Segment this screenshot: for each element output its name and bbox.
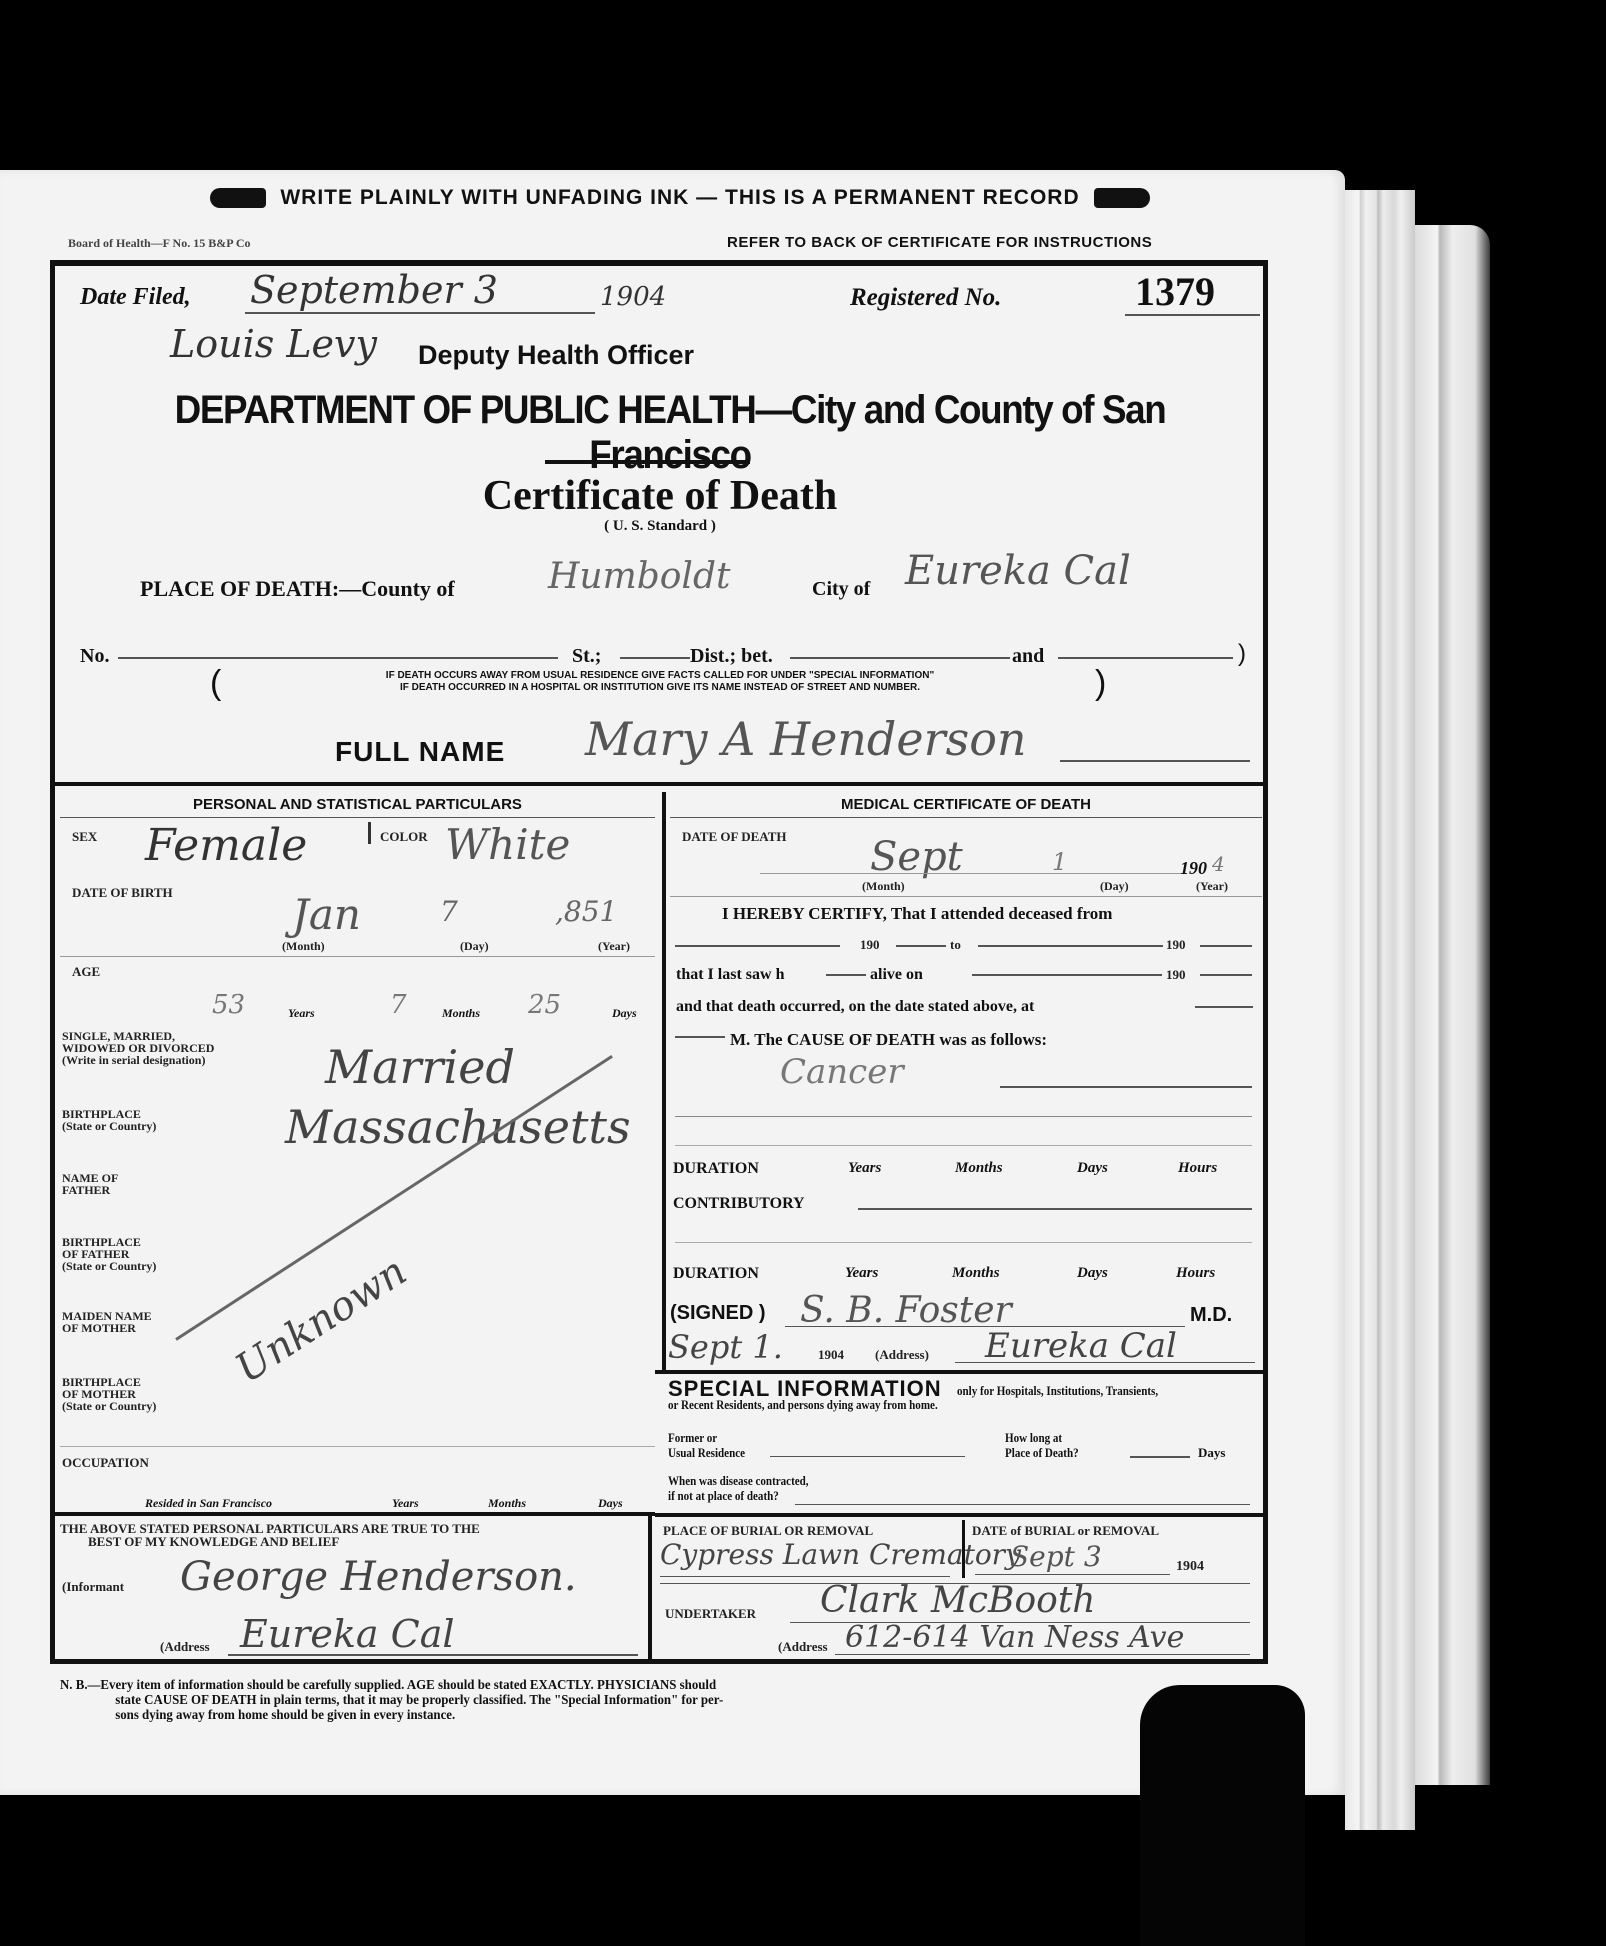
personal-section-title: PERSONAL AND STATISTICAL PARTICULARS bbox=[60, 796, 655, 813]
former-residence-label-1: Former or bbox=[668, 1430, 745, 1445]
contracted-label-1: When was disease contracted, bbox=[668, 1473, 809, 1488]
undertaker-address: 612-614 Van Ness Ave bbox=[845, 1620, 1184, 1655]
date-filed-value: September 3 bbox=[250, 268, 498, 312]
cause-of-death-value: Cancer bbox=[780, 1052, 904, 1092]
duration-hours: Hours bbox=[1178, 1160, 1217, 1177]
sex-label: SEX bbox=[72, 830, 97, 843]
dob-month: Jan bbox=[292, 890, 361, 939]
thumb-shadow bbox=[1140, 1685, 1305, 1946]
age-years-caption: Years bbox=[288, 1006, 315, 1021]
color-label: COLOR bbox=[380, 830, 428, 843]
informant-statement: THE ABOVE STATED PERSONAL PARTICULARS AR… bbox=[60, 1522, 480, 1548]
father-name-label-2: FATHER bbox=[62, 1184, 118, 1196]
occurred-text: and that death occurred, on the date sta… bbox=[676, 998, 1034, 1016]
city-label: City of bbox=[812, 578, 870, 601]
certify-text: I HEREBY CERTIFY, That I attended deceas… bbox=[722, 904, 1112, 924]
banner-text: WRITE PLAINLY WITH UNFADING INK — THIS I… bbox=[280, 186, 1079, 209]
age-months-caption: Months bbox=[442, 1006, 480, 1021]
undertaker-address-label: (Address bbox=[778, 1640, 828, 1653]
birthplace-label: BIRTHPLACE (State or Country) bbox=[62, 1108, 156, 1132]
informant-address: Eureka Cal bbox=[240, 1612, 455, 1656]
informant-address-label: (Address bbox=[160, 1640, 210, 1653]
marital-value: Married bbox=[325, 1040, 515, 1094]
pointing-hand-icon bbox=[1094, 188, 1150, 208]
book-page-edges bbox=[1345, 190, 1415, 1830]
residence-note-line1: IF DEATH OCCURS AWAY FROM USUAL RESIDENC… bbox=[235, 670, 1085, 682]
resided-months-caption: Months bbox=[488, 1496, 526, 1511]
residence-note-line2: IF DEATH OCCURRED IN A HOSPITAL OR INSTI… bbox=[235, 682, 1085, 694]
duration-label-2: DURATION bbox=[673, 1265, 759, 1283]
dob-month-caption: (Month) bbox=[282, 940, 325, 953]
burial-date: Sept 3 bbox=[1010, 1540, 1102, 1573]
medical-section-title: MEDICAL CERTIFICATE OF DEATH bbox=[670, 796, 1262, 813]
physician-address-label: (Address) bbox=[875, 1348, 929, 1361]
contracted-label: When was disease contracted, if not at p… bbox=[668, 1473, 809, 1503]
book-page-edges-back bbox=[1415, 225, 1490, 1785]
how-long-days: Days bbox=[1198, 1445, 1225, 1461]
full-name-label: FULL NAME bbox=[335, 736, 505, 768]
duration-months: Months bbox=[955, 1160, 1003, 1177]
age-months: 7 bbox=[390, 990, 407, 1020]
dob-label: DATE OF BIRTH bbox=[72, 886, 173, 899]
dob-year: ,851 bbox=[555, 895, 617, 928]
district-label: Dist.; bet. bbox=[690, 645, 773, 668]
dod-day: 1 bbox=[1052, 848, 1067, 876]
age-label: AGE bbox=[72, 965, 100, 978]
mother-birthplace-label-3: (State or Country) bbox=[62, 1400, 156, 1412]
duration-hours-2: Hours bbox=[1176, 1265, 1215, 1282]
street-no-label: No. bbox=[80, 645, 109, 668]
dod-label: DATE OF DEATH bbox=[682, 830, 787, 843]
instructions-note: REFER TO BACK OF CERTIFICATE FOR INSTRUC… bbox=[727, 234, 1152, 251]
color-value: White bbox=[445, 820, 570, 869]
county-value: Humboldt bbox=[548, 556, 730, 597]
attended-to-year: 190 bbox=[1166, 938, 1186, 951]
resided-days-caption: Days bbox=[598, 1496, 623, 1511]
burial-year: 1904 bbox=[1176, 1560, 1204, 1573]
duration-days: Days bbox=[1077, 1160, 1108, 1177]
contributory-label: CONTRIBUTORY bbox=[673, 1195, 805, 1213]
signed-date: Sept 1. bbox=[668, 1328, 783, 1366]
department-title: DEPARTMENT OF PUBLIC HEALTH—City and Cou… bbox=[146, 388, 1195, 478]
date-filed-label: Date Filed, bbox=[80, 284, 191, 311]
informant-label: (Informant bbox=[62, 1580, 124, 1593]
duration-months-2: Months bbox=[952, 1265, 1000, 1282]
dob-day-caption: (Day) bbox=[460, 940, 489, 953]
signed-year: 1904 bbox=[818, 1348, 844, 1361]
city-value: Eureka Cal bbox=[905, 548, 1131, 594]
signed-label: (SIGNED ) bbox=[670, 1302, 766, 1325]
md-label: M.D. bbox=[1190, 1304, 1232, 1327]
last-saw-text: that I last saw h bbox=[676, 966, 784, 984]
marital-label: SINGLE, MARRIED, WIDOWED OR DIVORCED (Wr… bbox=[62, 1030, 214, 1066]
paren-close-2: ) bbox=[1095, 664, 1106, 703]
informant-statement-2: BEST OF MY KNOWLEDGE AND BELIEF bbox=[60, 1535, 480, 1548]
former-residence-label: Former or Usual Residence bbox=[668, 1430, 745, 1460]
mother-name-label: MAIDEN NAME OF MOTHER bbox=[62, 1310, 152, 1334]
sex-value: Female bbox=[145, 820, 307, 871]
footnote-line2: state CAUSE OF DEATH in plain terms, tha… bbox=[60, 1693, 1072, 1708]
resided-label: Resided in San Francisco bbox=[145, 1496, 272, 1511]
registered-no-label: Registered No. bbox=[850, 284, 1001, 312]
full-name-value: Mary A Henderson bbox=[585, 712, 1027, 766]
resided-years-caption: Years bbox=[392, 1496, 419, 1511]
alive-on-label: alive on bbox=[870, 966, 923, 984]
dod-year-caption: (Year) bbox=[1196, 880, 1228, 893]
how-long-label-1: How long at bbox=[1005, 1430, 1079, 1445]
burial-place-label: PLACE OF BURIAL OR REMOVAL bbox=[663, 1524, 873, 1537]
paren-open: ( bbox=[210, 664, 221, 703]
informant-name: George Henderson. bbox=[180, 1554, 577, 1600]
occupation-label: OCCUPATION bbox=[62, 1456, 149, 1469]
paren-close: ) bbox=[1238, 640, 1246, 668]
duration-years-2: Years bbox=[845, 1265, 878, 1282]
duration-label: DURATION bbox=[673, 1160, 759, 1178]
registered-number: 1379 bbox=[1135, 268, 1215, 315]
dob-year-caption: (Year) bbox=[598, 940, 630, 953]
father-name-label: NAME OF FATHER bbox=[62, 1172, 118, 1196]
permanent-record-banner: WRITE PLAINLY WITH UNFADING INK — THIS I… bbox=[120, 186, 1240, 210]
duration-years: Years bbox=[848, 1160, 881, 1177]
undertaker-label: UNDERTAKER bbox=[665, 1607, 756, 1620]
special-info-subtitle-1: only for Hospitals, Institutions, Transi… bbox=[957, 1383, 1158, 1399]
contracted-label-2: if not at place of death? bbox=[668, 1488, 809, 1503]
dod-day-caption: (Day) bbox=[1100, 880, 1129, 893]
age-days: 25 bbox=[528, 990, 561, 1020]
duration-days-2: Days bbox=[1077, 1265, 1108, 1282]
residence-note: IF DEATH OCCURS AWAY FROM USUAL RESIDENC… bbox=[235, 670, 1085, 694]
footnote-line3: sons dying away from home should be give… bbox=[60, 1708, 1072, 1723]
dod-year-prefix: 190 bbox=[1180, 858, 1207, 879]
how-long-label-2: Place of Death? bbox=[1005, 1445, 1079, 1460]
alive-year: 190 bbox=[1166, 968, 1186, 981]
form-number: Board of Health—F No. 15 B&P Co bbox=[68, 236, 251, 251]
burial-date-label: DATE of BURIAL or REMOVAL bbox=[972, 1524, 1159, 1537]
dod-year-suffix: 4 bbox=[1212, 852, 1225, 876]
undertaker-value: Clark McBooth bbox=[820, 1580, 1095, 1621]
certificate-title: Certificate of Death bbox=[300, 472, 1020, 520]
attended-to-label: to bbox=[950, 938, 961, 951]
birthplace-label-2: (State or Country) bbox=[62, 1120, 156, 1132]
birthplace-value: Massachusetts bbox=[285, 1100, 631, 1154]
pointing-hand-icon bbox=[210, 188, 266, 208]
former-residence-label-2: Usual Residence bbox=[668, 1445, 745, 1460]
place-of-death-label: PLACE OF DEATH:—County of bbox=[140, 576, 455, 602]
dod-month-caption: (Month) bbox=[862, 880, 905, 893]
and-label: and bbox=[1012, 645, 1044, 668]
footnote-line1: N. B.—Every item of information should b… bbox=[60, 1678, 1072, 1693]
mother-birthplace-label: BIRTHPLACE OF MOTHER (State or Country) bbox=[62, 1376, 156, 1412]
attended-from-year: 190 bbox=[860, 938, 880, 951]
age-days-caption: Days bbox=[612, 1006, 637, 1021]
physician-address: Eureka Cal bbox=[985, 1326, 1177, 1366]
officer-title: Deputy Health Officer bbox=[418, 340, 694, 371]
date-filed-year: 1904 bbox=[600, 282, 666, 312]
dob-day: 7 bbox=[440, 895, 458, 928]
father-birthplace-label-3: (State or Country) bbox=[62, 1260, 156, 1272]
mother-name-label-2: OF MOTHER bbox=[62, 1322, 152, 1334]
officer-signature: Louis Levy bbox=[170, 322, 377, 366]
age-years: 53 bbox=[212, 990, 245, 1020]
cause-of-death-text: M. The CAUSE OF DEATH was as follows: bbox=[730, 1030, 1047, 1050]
special-info-subtitle-2: or Recent Residents, and persons dying a… bbox=[668, 1397, 938, 1413]
how-long-label: How long at Place of Death? bbox=[1005, 1430, 1079, 1460]
father-birthplace-label: BIRTHPLACE OF FATHER (State or Country) bbox=[62, 1236, 156, 1272]
burial-place-value: Cypress Lawn Crematory bbox=[660, 1538, 1021, 1571]
us-standard-label: ( U. S. Standard ) bbox=[300, 518, 1020, 535]
footnote: N. B.—Every item of information should b… bbox=[60, 1678, 1072, 1723]
street-label: St.; bbox=[572, 645, 601, 668]
marital-label-3: (Write in serial designation) bbox=[62, 1054, 214, 1066]
physician-signature: S. B. Foster bbox=[800, 1290, 1012, 1331]
